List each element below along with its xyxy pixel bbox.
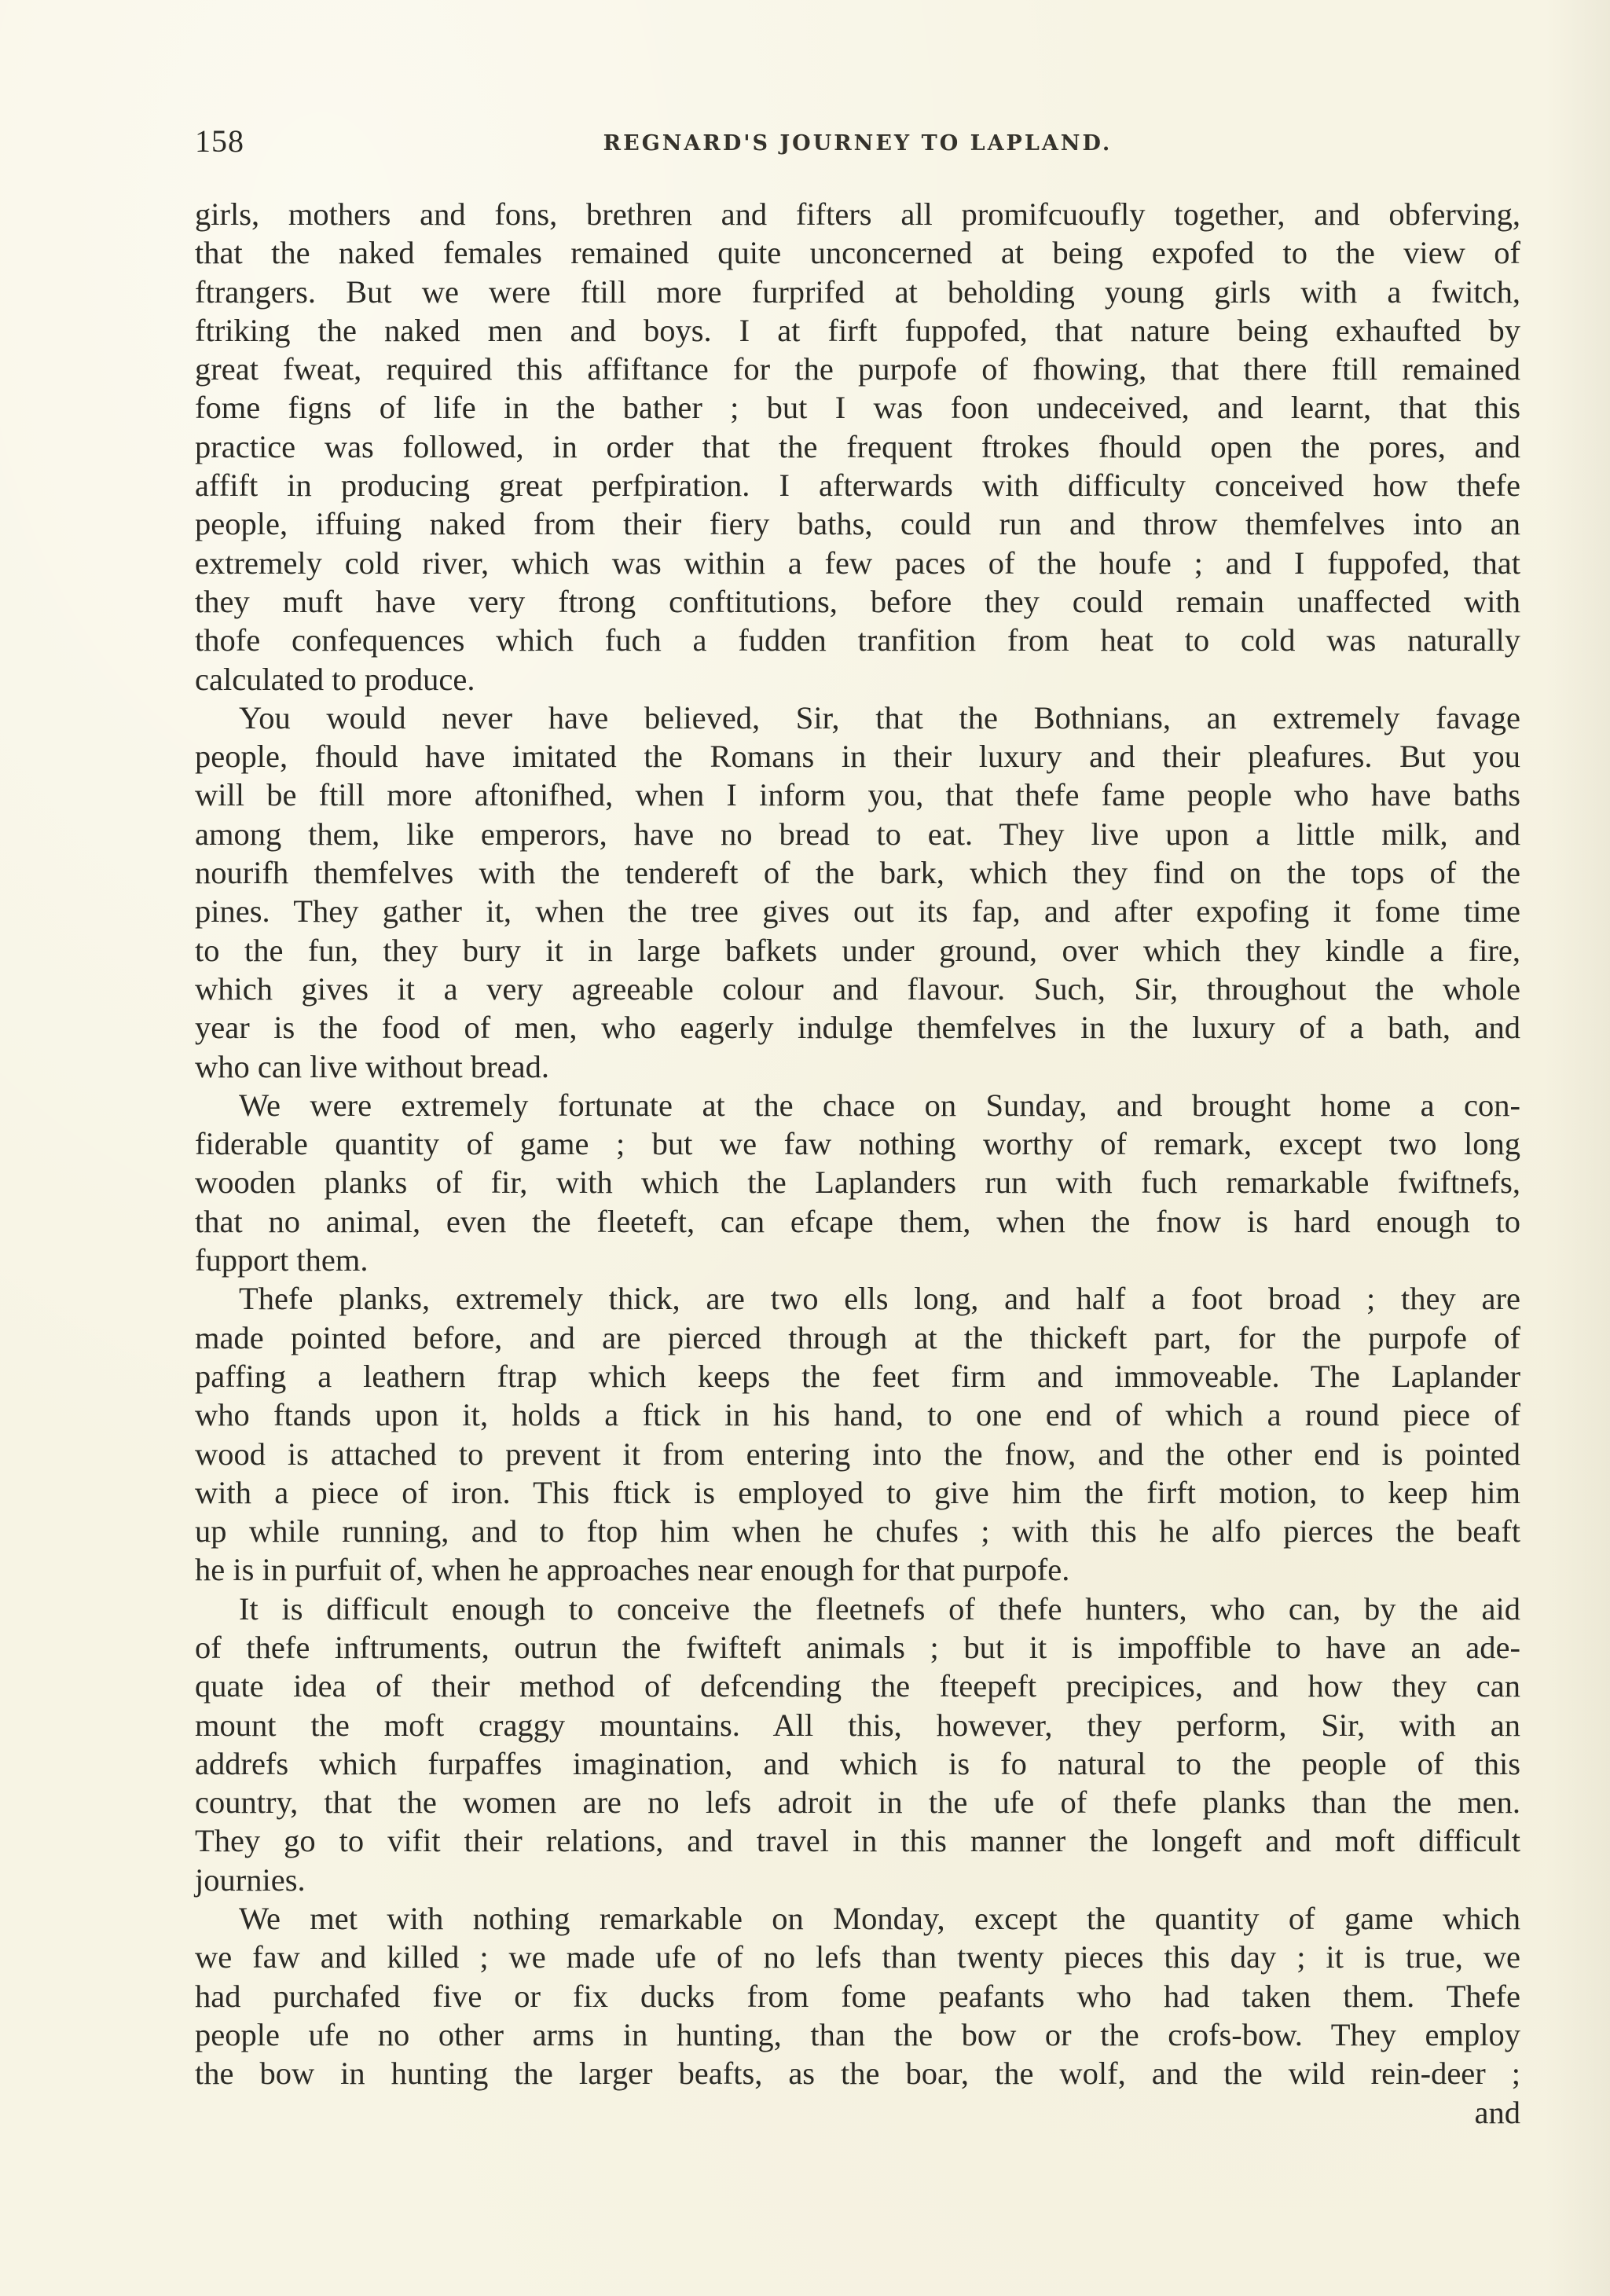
- book-page: 158 REGNARD'S JOURNEY TO LAPLAND. girls,…: [0, 0, 1610, 2296]
- text-line: journies.: [195, 1861, 1520, 1899]
- text-line: who can live without bread.: [195, 1047, 1520, 1086]
- text-line: with a piece of iron. This ftick is empl…: [195, 1473, 1520, 1512]
- text-line: thofe confequences which fuch a fudden t…: [195, 621, 1520, 659]
- paragraph-first-line: We met with nothing remarkable on Monday…: [195, 1899, 1520, 1938]
- text-line: mount the moft craggy mountains. All thi…: [195, 1706, 1520, 1744]
- text-line: great fweat, required this affiftance fo…: [195, 350, 1520, 388]
- text-line: affift in producing great perfpiration. …: [195, 466, 1520, 504]
- text-line: among them, like emperors, have no bread…: [195, 815, 1520, 853]
- text-line: will be ftill more aftonifhed, when I in…: [195, 776, 1520, 814]
- text-line: ftrangers. But we were ftill more furpri…: [195, 273, 1520, 311]
- text-line: that the naked females remained quite un…: [195, 233, 1520, 272]
- text-line: country, that the women are no lefs adro…: [195, 1783, 1520, 1821]
- text-line: the bow in hunting the larger beafts, as…: [195, 2054, 1520, 2092]
- text-line: had purchafed five or fix ducks from fom…: [195, 1977, 1520, 2015]
- text-line: quate idea of their method of defcending…: [195, 1667, 1520, 1705]
- text-line: they muft have very ftrong conftitutions…: [195, 582, 1520, 621]
- text-line: that no animal, even the fleeteft, can e…: [195, 1202, 1520, 1241]
- text-line: calculated to produce.: [195, 660, 1520, 699]
- page-header: 158 REGNARD'S JOURNEY TO LAPLAND.: [195, 122, 1520, 161]
- text-line: wood is attached to prevent it from ente…: [195, 1435, 1520, 1473]
- text-line: girls, mothers and fons, brethren and fi…: [195, 195, 1520, 233]
- text-line: he is in purfuit of, when he approaches …: [195, 1550, 1520, 1589]
- text-line: made pointed before, and are pierced thr…: [195, 1319, 1520, 1357]
- catchword: and: [195, 2093, 1520, 2132]
- text-line: addrefs which furpaffes imagination, and…: [195, 1744, 1520, 1783]
- text-line: we faw and killed ; we made ufe of no le…: [195, 1938, 1520, 1976]
- body-text: girls, mothers and fons, brethren and fi…: [195, 195, 1520, 2132]
- text-line: year is the food of men, who eagerly ind…: [195, 1008, 1520, 1047]
- running-head: REGNARD'S JOURNEY TO LAPLAND.: [195, 128, 1520, 160]
- text-line: fome figns of life in the bather ; but I…: [195, 388, 1520, 427]
- text-line: which gives it a very agreeable colour a…: [195, 970, 1520, 1008]
- paragraph-first-line: You would never have believed, Sir, that…: [195, 699, 1520, 737]
- text-line: wooden planks of fir, with which the Lap…: [195, 1163, 1520, 1201]
- paragraph-first-line: It is difficult enough to conceive the f…: [195, 1590, 1520, 1628]
- text-line: practice was followed, in order that the…: [195, 427, 1520, 466]
- text-line: of thefe inftruments, outrun the fwiftef…: [195, 1628, 1520, 1667]
- text-line: extremely cold river, which was within a…: [195, 544, 1520, 582]
- text-line: fupport them.: [195, 1241, 1520, 1279]
- text-line: ftriking the naked men and boys. I at fi…: [195, 311, 1520, 350]
- text-line: who ftands upon it, holds a ftick in his…: [195, 1396, 1520, 1434]
- paragraph-first-line: We were extremely fortunate at the chace…: [195, 1086, 1520, 1124]
- text-line: up while running, and to ftop him when h…: [195, 1512, 1520, 1550]
- text-line: pines. They gather it, when the tree giv…: [195, 892, 1520, 930]
- text-line: They go to vifit their relations, and tr…: [195, 1821, 1520, 1860]
- text-line: nourifh themfelves with the tendereft of…: [195, 853, 1520, 892]
- text-line: fiderable quantity of game ; but we faw …: [195, 1124, 1520, 1163]
- text-line: people, fhould have imitated the Romans …: [195, 737, 1520, 776]
- text-line: people ufe no other arms in hunting, tha…: [195, 2015, 1520, 2054]
- text-line: people, iffuing naked from their fiery b…: [195, 504, 1520, 543]
- paragraph-first-line: Thefe planks, extremely thick, are two e…: [195, 1279, 1520, 1318]
- text-line: paffing a leathern ftrap which keeps the…: [195, 1357, 1520, 1396]
- text-line: to the fun, they bury it in large bafket…: [195, 931, 1520, 970]
